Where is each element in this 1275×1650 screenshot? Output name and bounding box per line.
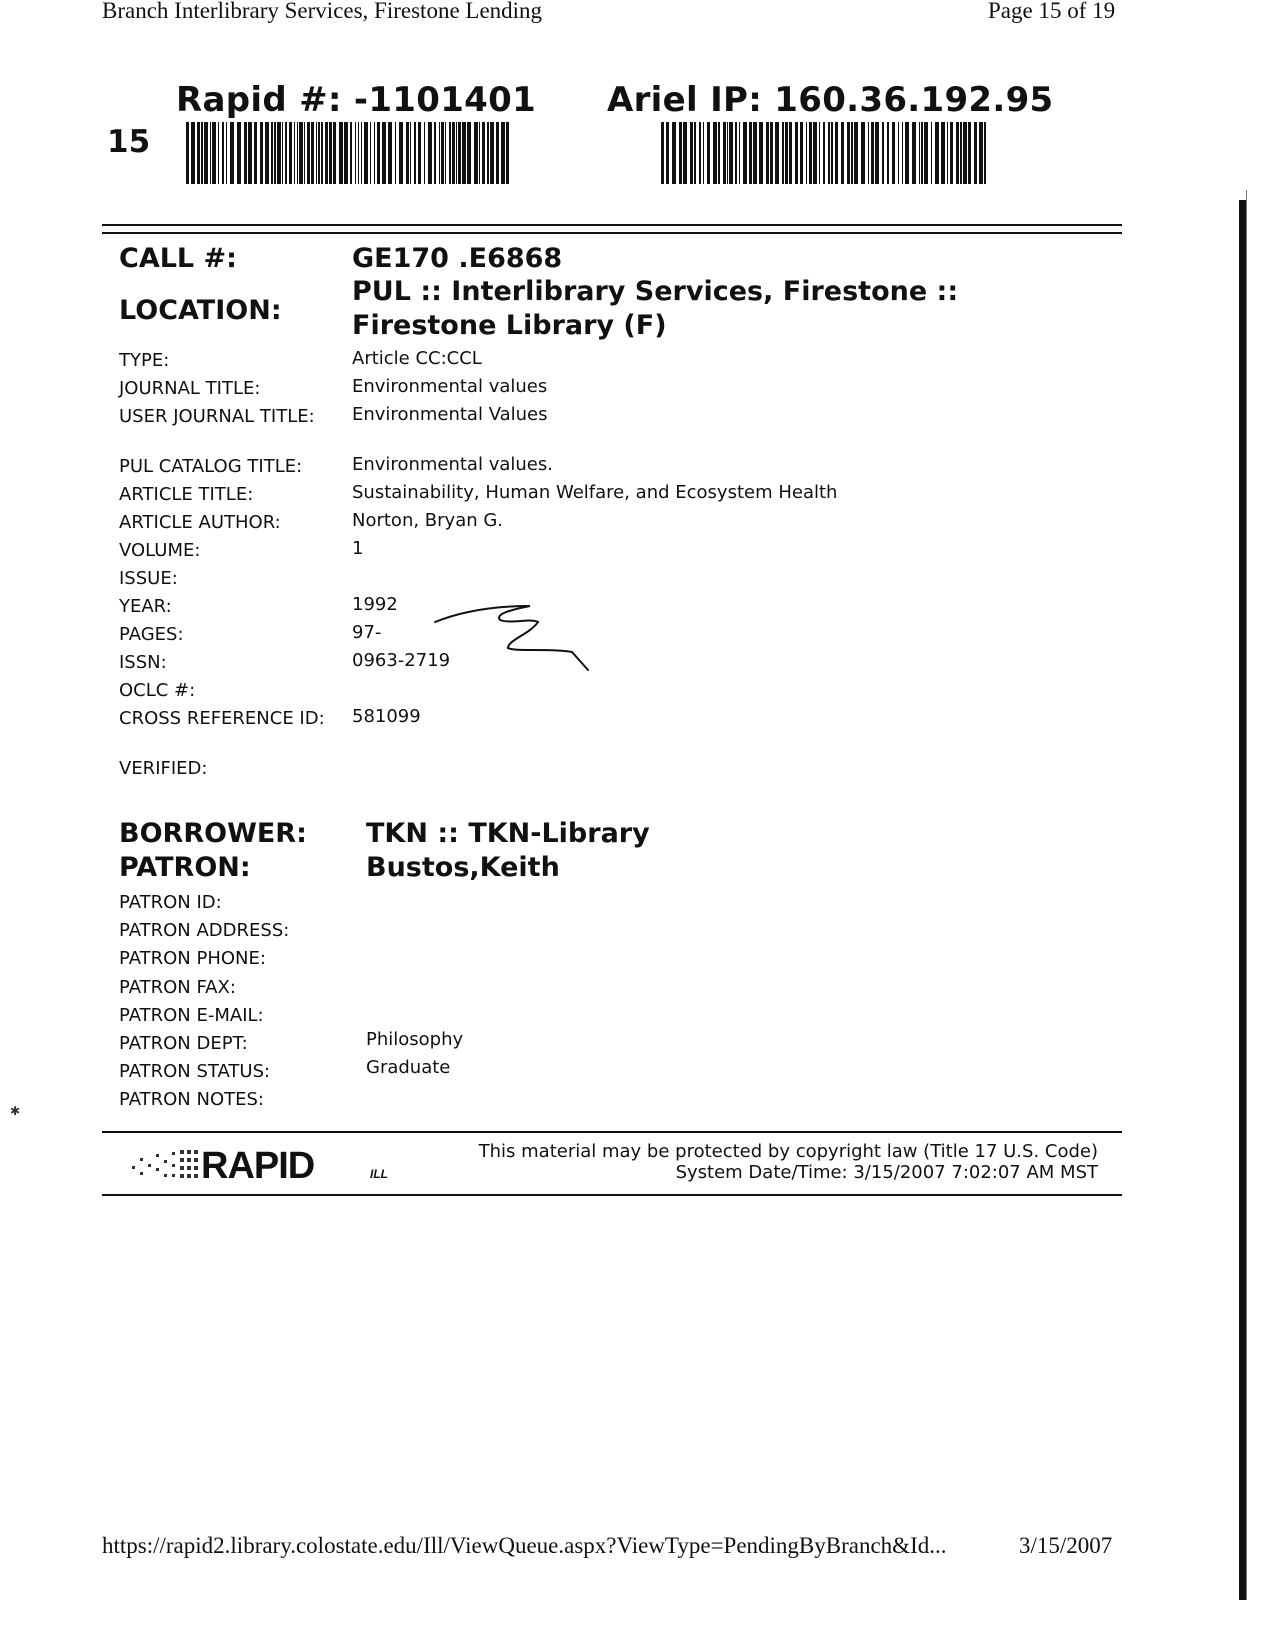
field-value: 1992	[352, 594, 398, 615]
patron-value: Bustos,Keith	[366, 852, 560, 883]
ariel-barcode	[661, 122, 991, 184]
print-footer-url: https://rapid2.library.colostate.edu/Ill…	[102, 1533, 947, 1559]
field-value: 97-	[352, 622, 381, 643]
patron-field-label: PATRON ID:	[119, 892, 329, 913]
field-label: CROSS REFERENCE ID:	[119, 708, 329, 729]
field-label: ARTICLE AUTHOR:	[119, 512, 329, 533]
field-label: VERIFIED:	[119, 758, 329, 779]
svg-text:ILL: ILL	[370, 1167, 388, 1181]
field-label: PUL CATALOG TITLE:	[119, 456, 329, 477]
patron-field-value: Philosophy	[366, 1029, 463, 1050]
patron-field-label: PATRON NOTES:	[119, 1089, 329, 1110]
field-value: Environmental Values	[352, 404, 548, 425]
field-value: 1	[352, 538, 363, 559]
field-label: USER JOURNAL TITLE:	[119, 406, 329, 427]
patron-field-label: PATRON E-MAIL:	[119, 1005, 329, 1026]
location-value-line1: PUL :: Interlibrary Services, Firestone …	[352, 276, 958, 307]
scan-edge-line	[1246, 190, 1247, 1600]
patron-field-value: Graduate	[366, 1057, 450, 1078]
rapid-number: Rapid #: -1101401	[176, 80, 536, 120]
borrower-label: BORROWER:	[119, 818, 307, 849]
print-footer-date: 3/15/2007	[1019, 1533, 1112, 1559]
field-label: TYPE:	[119, 350, 329, 371]
location-label: LOCATION:	[119, 295, 282, 326]
call-number-label: CALL #:	[119, 243, 237, 274]
patron-label: PATRON:	[119, 852, 251, 883]
borrower-value: TKN :: TKN-Library	[366, 818, 650, 849]
print-header-title: Branch Interlibrary Services, Firestone …	[102, 0, 542, 24]
field-value: Environmental values	[352, 376, 547, 397]
field-label: JOURNAL TITLE:	[119, 378, 329, 399]
divider	[102, 232, 1122, 234]
item-number: 15	[107, 124, 150, 160]
field-value: 581099	[352, 706, 421, 727]
patron-field-label: PATRON FAX:	[119, 977, 329, 998]
rapid-ill-logo: RAPID ILL	[130, 1144, 430, 1184]
rapid-barcode	[186, 122, 511, 184]
field-label: ARTICLE TITLE:	[119, 484, 329, 505]
field-value: Norton, Bryan G.	[352, 510, 503, 531]
patron-field-label: PATRON DEPT:	[119, 1033, 329, 1054]
copyright-text: This material may be protected by copyri…	[466, 1141, 1098, 1162]
divider	[102, 224, 1122, 226]
print-header-page-number: Page 15 of 19	[988, 0, 1115, 24]
divider	[102, 1194, 1122, 1196]
system-datetime: System Date/Time: 3/15/2007 7:02:07 AM M…	[466, 1162, 1098, 1183]
handwritten-signature	[430, 600, 610, 680]
divider	[102, 1131, 1122, 1133]
field-label: OCLC #:	[119, 680, 329, 701]
location-value-line2: Firestone Library (F)	[352, 310, 667, 341]
copyright-notice: This material may be protected by copyri…	[466, 1141, 1098, 1183]
field-label: VOLUME:	[119, 540, 329, 561]
field-label: ISSUE:	[119, 568, 329, 589]
field-value: Environmental values.	[352, 454, 553, 475]
call-number-value: GE170 .E6868	[352, 243, 562, 274]
patron-field-label: PATRON PHONE:	[119, 948, 329, 969]
patron-field-label: PATRON STATUS:	[119, 1061, 329, 1082]
field-label: YEAR:	[119, 596, 329, 617]
ariel-ip: Ariel IP: 160.36.192.95	[607, 80, 1054, 120]
patron-field-label: PATRON ADDRESS:	[119, 920, 329, 941]
scan-speck: ✱	[10, 1104, 20, 1118]
svg-text:RAPID: RAPID	[201, 1145, 314, 1184]
scan-edge-bar	[1239, 200, 1246, 1600]
field-label: PAGES:	[119, 624, 329, 645]
field-value: Article CC:CCL	[352, 348, 482, 369]
field-value: Sustainability, Human Welfare, and Ecosy…	[352, 482, 837, 503]
field-label: ISSN:	[119, 652, 329, 673]
